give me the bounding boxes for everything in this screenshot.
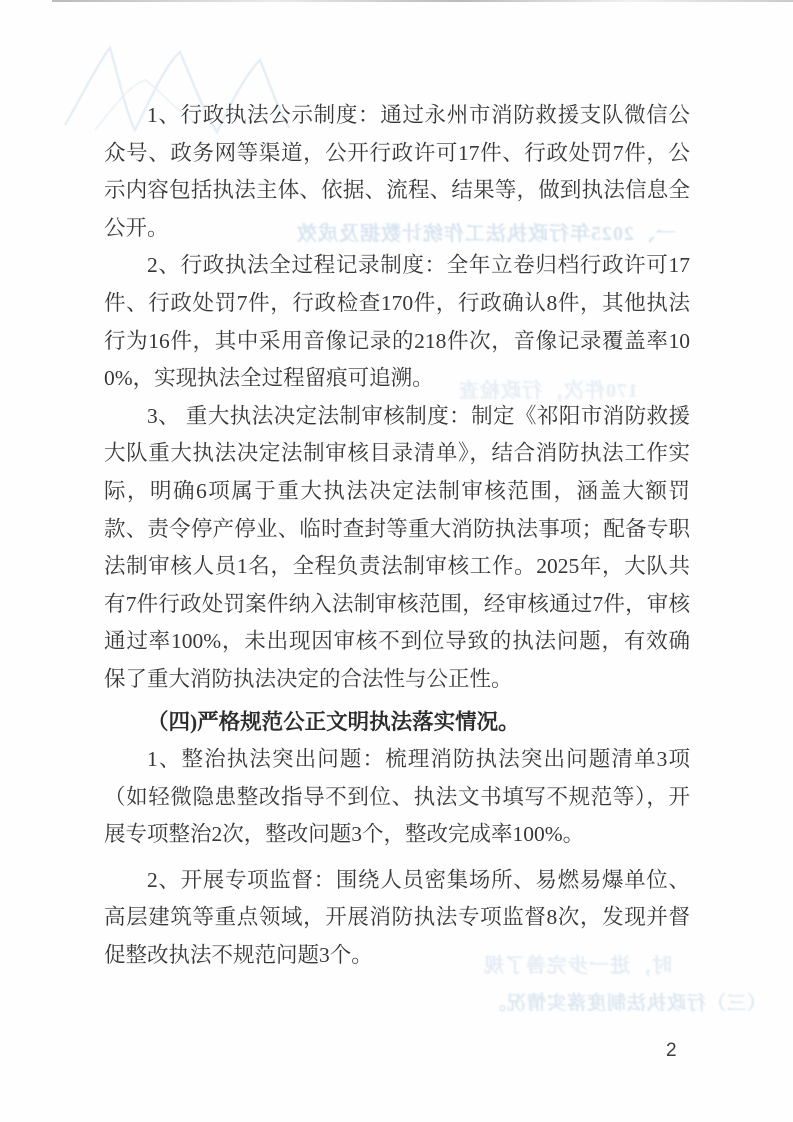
- section-heading-four: （四)严格规范公正文明执法落实情况。: [104, 704, 690, 742]
- document-page: 一、2025年行政执法工作统计数据及成效 170件次，行政检查 时，进一步完善了…: [0, 0, 793, 1122]
- paragraph-law-publicity: 1、行政执法公示制度：通过永州市消防救援支队微信公众号、政务网等渠道，公开行政许…: [104, 97, 690, 247]
- bleed-through-text: （三）行政执法制度落实情况。: [486, 988, 766, 1015]
- scan-edge-line: [52, 0, 793, 2]
- paragraph-legal-review: 3、 重大执法决定法制审核制度：制定《祁阳市消防救援大队重大执法决定法制审核目录…: [104, 398, 690, 699]
- document-body: 1、行政执法公示制度：通过永州市消防救援支队微信公众号、政务网等渠道，公开行政许…: [104, 97, 690, 975]
- paragraph-full-process-record: 2、行政执法全过程记录制度：全年立卷归档行政许可17件、行政处罚7件，行政检查1…: [104, 247, 690, 397]
- paragraph-problem-rectification: 1、整治执法突出问题：梳理消防执法突出问题清单3项（如轻微隐患整改指导不到位、执…: [104, 741, 690, 854]
- page-number: 2: [666, 1040, 677, 1062]
- paragraph-special-supervision: 2、开展专项监督：围绕人员密集场所、易燃易爆单位、高层建筑等重点领域，开展消防执…: [104, 862, 690, 975]
